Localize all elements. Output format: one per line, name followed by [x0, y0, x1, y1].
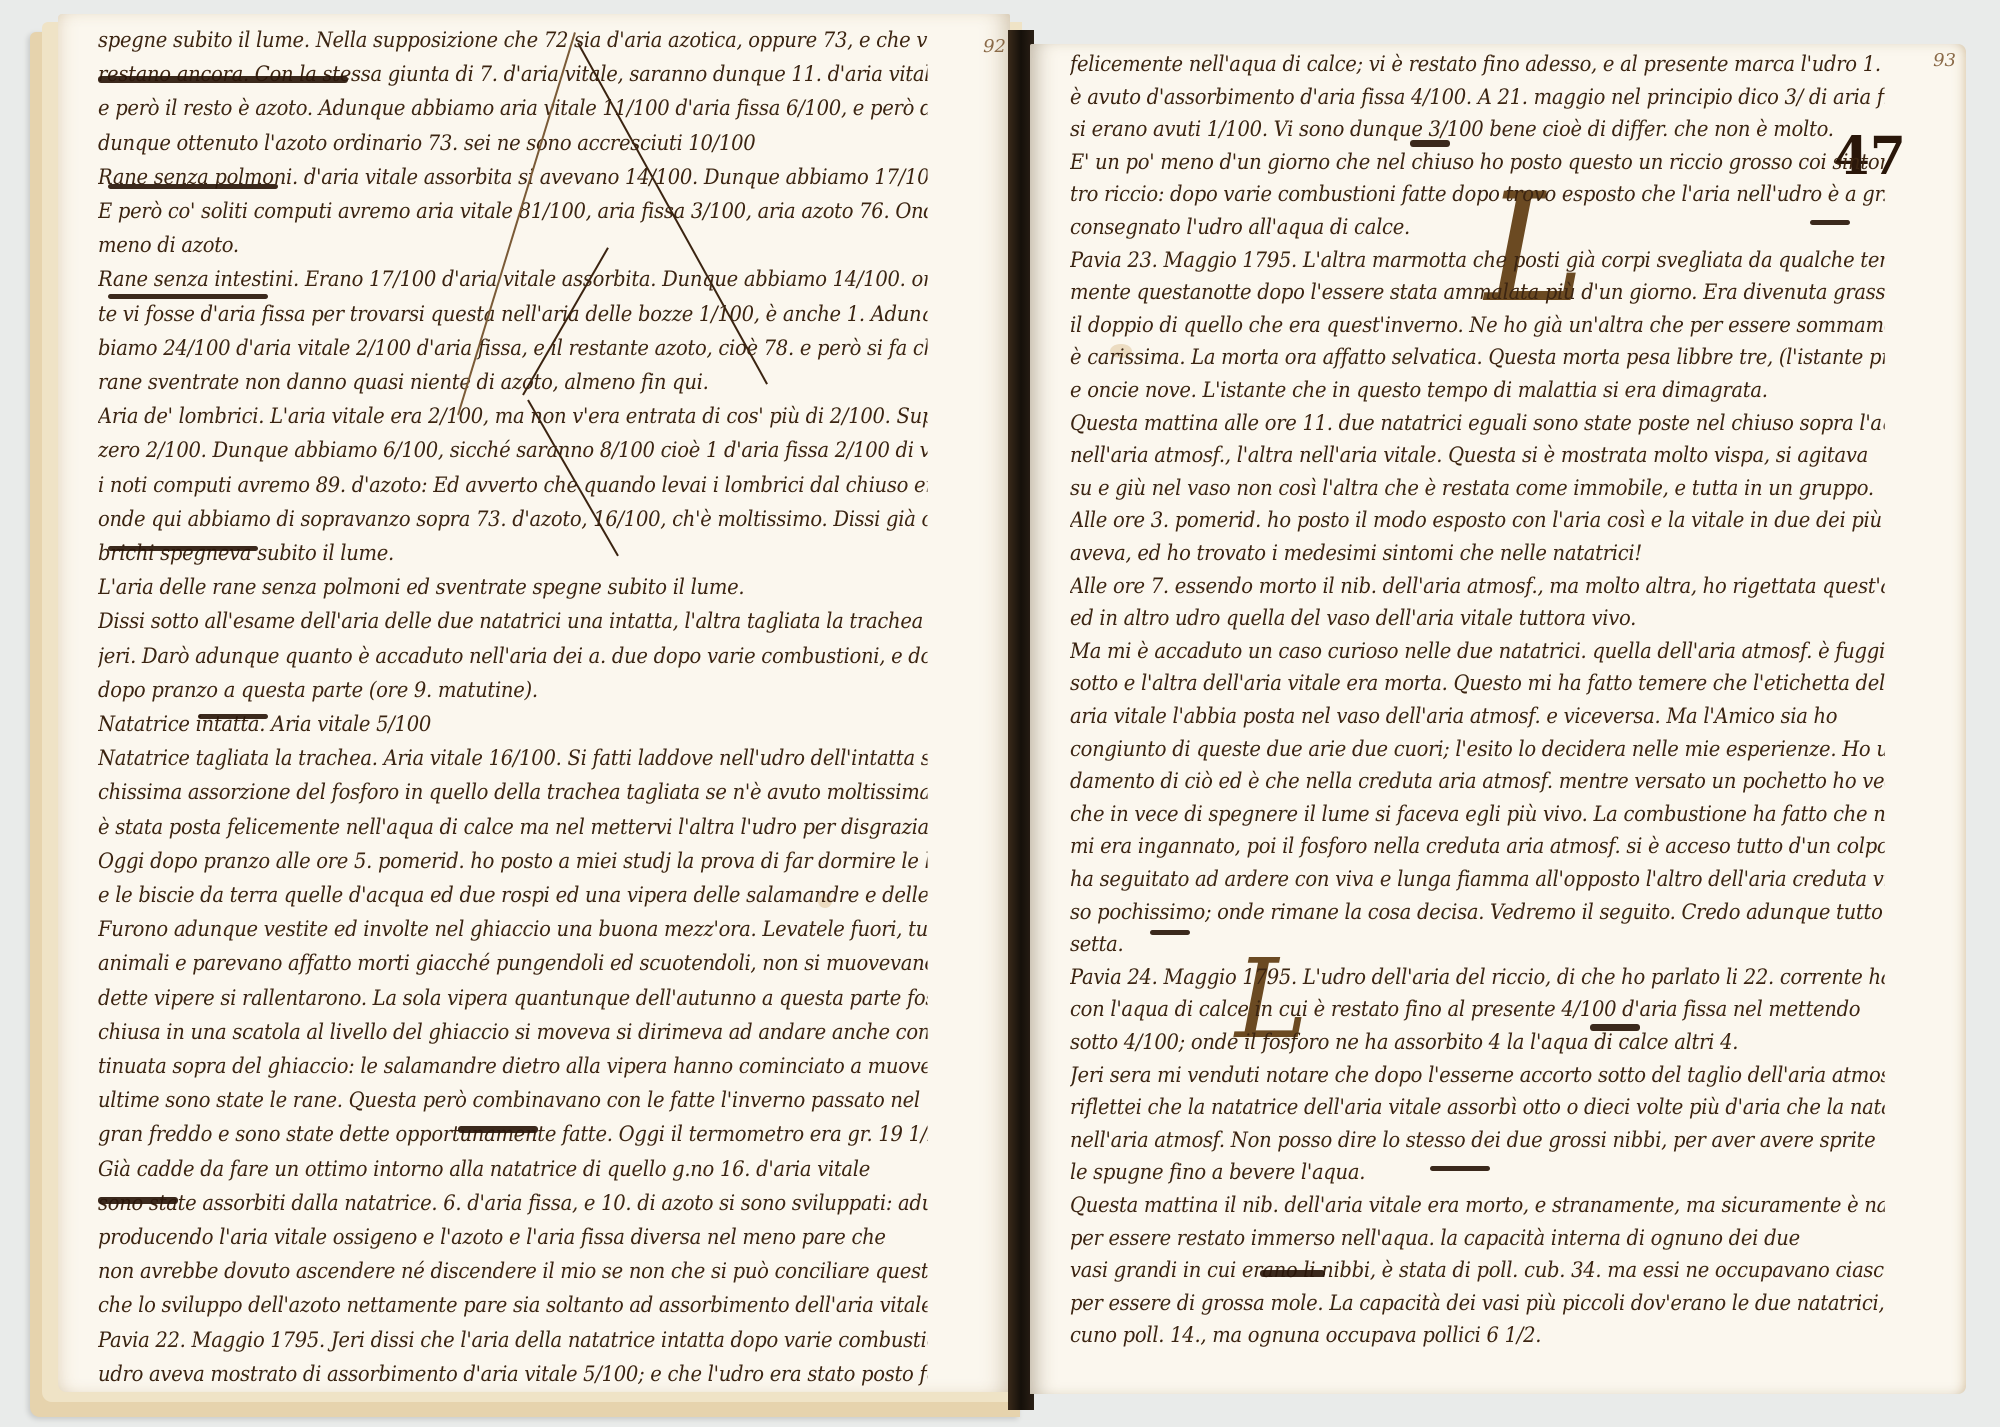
right-page: 93 47 L L felicemente nell'aqua di calce… — [1030, 44, 1966, 1394]
struck-text — [98, 1197, 178, 1204]
manuscript-line: setta. — [1070, 932, 1885, 956]
manuscript-line: zero 2/100. Dunque abbiamo 6/100, sicché… — [98, 438, 928, 462]
manuscript-line: mi era ingannato, poi il fosforo nella c… — [1070, 834, 1885, 858]
manuscript-line: è avuto d'assorbimento d'aria fissa 4/10… — [1070, 85, 1885, 109]
manuscript-line: congiunto di queste due arie due cuori; … — [1070, 737, 1885, 761]
manuscript-line: non avrebbe dovuto ascendere né discende… — [98, 1259, 928, 1283]
struck-text — [98, 76, 348, 83]
struck-text — [1150, 930, 1190, 935]
struck-text — [198, 714, 268, 719]
struck-text — [108, 294, 268, 299]
manuscript-line: consegnato l'udro all'aqua di calce. — [1070, 215, 1885, 239]
manuscript-line: Alle ore 3. pomerid. ho posto il modo es… — [1070, 508, 1885, 532]
manuscript-line: chissima assorzione del fosforo in quell… — [98, 780, 928, 804]
manuscript-line: Questa mattina il nib. dell'aria vitale … — [1070, 1193, 1885, 1217]
manuscript-line: e però il resto è azoto. Adunque abbiamo… — [98, 96, 928, 120]
manuscript-line: Furono adunque vestite ed involte nel gh… — [98, 917, 928, 941]
manuscript-line: riflettei che la natatrice dell'aria vit… — [1070, 1095, 1885, 1119]
manuscript-line: sono state assorbiti dalla natatrice. 6.… — [98, 1191, 928, 1215]
manuscript-line: aveva, ed ho trovato i medesimi sintomi … — [1070, 541, 1885, 565]
manuscript-line: i noti computi avremo 89. d'azoto: Ed av… — [98, 473, 928, 497]
manuscript-line: che in vece di spegnere il lume si facev… — [1070, 802, 1885, 826]
manuscript-line: Pavia 22. Maggio 1795. Jeri dissi che l'… — [98, 1328, 928, 1352]
manuscript-line: ha seguitato ad ardere con viva e lunga … — [1070, 867, 1885, 891]
manuscript-line: è stata posta felicemente nell'aqua di c… — [98, 815, 928, 839]
manuscript-line: te vi fosse d'aria fissa per trovarsi qu… — [98, 302, 928, 326]
manuscript-line: tinuata sopra del ghiaccio: le salamandr… — [98, 1054, 928, 1078]
manuscript-line: brichi spegneva subito il lume. — [98, 541, 928, 565]
manuscript-line: Jeri sera mi venduti notare che dopo l'e… — [1070, 1063, 1885, 1087]
manuscript-line: per essere di grossa mole. La capacità d… — [1070, 1291, 1885, 1315]
manuscript-line: biamo 24/100 d'aria vitale 2/100 d'aria … — [98, 336, 928, 360]
manuscript-line: rane sventrate non danno quasi niente di… — [98, 370, 928, 394]
manuscript-line: aria vitale l'abbia posta nel vaso dell'… — [1070, 704, 1885, 728]
manuscript-line: producendo l'aria vitale ossigeno e l'az… — [98, 1225, 928, 1249]
struck-text — [108, 546, 258, 551]
manuscript-line: mente questanotte dopo l'essere stata am… — [1070, 280, 1885, 304]
manuscript-line: con l'aqua di calce in cui è restato fin… — [1070, 997, 1885, 1021]
struck-text — [108, 184, 278, 189]
manuscript-line: chiusa in una scatola al livello del ghi… — [98, 1020, 928, 1044]
manuscript-line: le spugne fino a bevere l'aqua. — [1070, 1160, 1885, 1184]
struck-text — [1260, 1270, 1325, 1277]
manuscript-line: Pavia 24. Maggio 1795. L'udro dell'aria … — [1070, 965, 1885, 989]
manuscript-line: si erano avuti 1/100. Vi sono dunque 3/1… — [1070, 117, 1885, 141]
manuscript-line: che lo sviluppo dell'azoto nettamente pa… — [98, 1293, 928, 1317]
struck-text — [458, 1126, 538, 1133]
struck-text — [1590, 1024, 1640, 1031]
manuscript-line: ultime sono state le rane. Questa però c… — [98, 1088, 928, 1112]
manuscript-line: jeri. Darò adunque quanto è accaduto nel… — [98, 644, 928, 668]
manuscript-line: Pavia 23. Maggio 1795. L'altra marmotta … — [1070, 248, 1885, 272]
manuscript-line: e le biscie da terra quelle d'acqua ed d… — [98, 883, 928, 907]
struck-text — [1810, 220, 1850, 225]
manuscript-line: tro riccio: dopo varie combustioni fatte… — [1070, 182, 1885, 206]
manuscript-line: L'aria delle rane senza polmoni ed svent… — [98, 575, 928, 599]
struck-text — [1430, 1166, 1490, 1171]
manuscript-line: per essere restato immerso nell'aqua. la… — [1070, 1226, 1885, 1250]
manuscript-line: Aria de' lombrici. L'aria vitale era 2/1… — [98, 404, 928, 428]
manuscript-line: E' un po' meno d'un giorno che nel chius… — [1070, 150, 1885, 174]
manuscript-line: Natatrice tagliata la trachea. Aria vita… — [98, 746, 928, 770]
manuscript-line: Alle ore 7. essendo morto il nib. dell'a… — [1070, 574, 1885, 598]
manuscript-line: Rane senza intestini. Erano 17/100 d'ari… — [98, 267, 928, 291]
manuscript-line: spegne subito il lume. Nella supposizion… — [98, 28, 928, 52]
manuscript-line: Questa mattina alle ore 11. due natatric… — [1070, 411, 1885, 435]
manuscript-line: dette vipere si rallentarono. La sola vi… — [98, 986, 928, 1010]
manuscript-line: dopo pranzo a questa parte (ore 9. matut… — [98, 678, 928, 702]
manuscript-line: Già cadde da fare un ottimo intorno alla… — [98, 1157, 928, 1181]
manuscript-line: e oncie nove. L'istante che in questo te… — [1070, 378, 1885, 402]
manuscript-line: udro aveva mostrato di assorbimento d'ar… — [98, 1362, 928, 1386]
manuscript-line: nell'aria atmosf., l'altra nell'aria vit… — [1070, 443, 1885, 467]
manuscript-line: Ma mi è accaduto un caso curioso nelle d… — [1070, 639, 1885, 663]
manuscript-line: è carissima. La morta ora affatto selvat… — [1070, 345, 1885, 369]
manuscript-line: dunque ottenuto l'azoto ordinario 73. se… — [98, 131, 928, 155]
manuscript-line: E però co' soliti computi avremo aria vi… — [98, 199, 928, 223]
manuscript-line: il doppio di quello che era quest'invern… — [1070, 313, 1885, 337]
manuscript-line: Dissi sotto all'esame dell'aria delle du… — [98, 609, 928, 633]
manuscript-line: nell'aria atmosf. Non posso dire lo stes… — [1070, 1128, 1885, 1152]
folio-number-left: 92 — [983, 36, 1006, 57]
manuscript-line: animali e parevano affatto morti giacché… — [98, 951, 928, 975]
manuscript-line: vasi grandi in cui erano li nibbi, è sta… — [1070, 1258, 1885, 1282]
manuscript-line: cuno poll. 14., ma ognuna occupava polli… — [1070, 1323, 1885, 1347]
manuscript-line: ed in altro udro quella del vaso dell'ar… — [1070, 606, 1885, 630]
manuscript-line: onde qui abbiamo di sopravanzo sopra 73.… — [98, 507, 928, 531]
manuscript-line: sotto e l'altra dell'aria vitale era mor… — [1070, 671, 1885, 695]
folio-number-right: 93 — [1933, 50, 1956, 71]
manuscript-line: Oggi dopo pranzo alle ore 5. pomerid. ho… — [98, 849, 928, 873]
manuscript-line: felicemente nell'aqua di calce; vi è res… — [1070, 52, 1885, 76]
manuscript-line: damento di ciò ed è che nella creduta ar… — [1070, 769, 1885, 793]
manuscript-line: su e giù nel vaso non così l'altra che è… — [1070, 476, 1885, 500]
left-page: 92 spegne subito il lume. Nella supposiz… — [58, 14, 1010, 1392]
manuscript-line: so pochissimo; onde rimane la cosa decis… — [1070, 900, 1885, 924]
manuscript-line: sotto 4/100; onde il fosforo ne ha assor… — [1070, 1030, 1885, 1054]
struck-text — [1410, 140, 1450, 147]
